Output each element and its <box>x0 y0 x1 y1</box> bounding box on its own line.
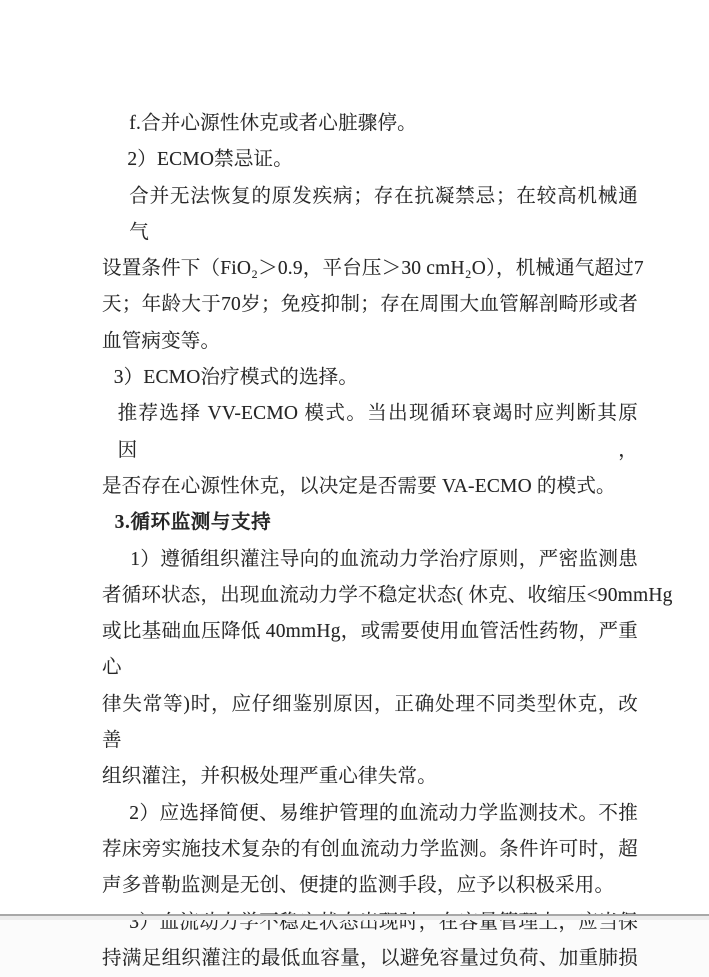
document-content: f.合并心源性休克或者心脏骤停。2）ECMO禁忌证。合并无法恢复的原发疾病；存在… <box>102 106 638 920</box>
document-line: 是否存在心源性休克，以决定是否需要 VA-ECMO 的模式。 <box>102 469 638 505</box>
document-line: 2）应选择简便、易维护管理的血流动力学监测技术。不推 <box>102 796 638 832</box>
document-line: 或比基础血压降低 40mmHg，或需要使用血管活性药物，严重心 <box>102 614 638 687</box>
document-line: 血管病变等。 <box>102 324 638 360</box>
document-line: 声多普勒监测是无创、便捷的监测手段，应予以积极采用。 <box>102 868 638 904</box>
document-line: 设置条件下（FiO₂＞0.9，平台压＞30 cmH₂O），机械通气超过7 <box>102 251 638 287</box>
document-line: 天；年龄大于70岁；免疫抑制；存在周围大血管解剖畸形或者 <box>102 287 638 323</box>
document-page: f.合并心源性休克或者心脏骤停。2）ECMO禁忌证。合并无法恢复的原发疾病；存在… <box>0 0 709 920</box>
document-line: 推荐选择 VV-ECMO 模式。当出现循环衰竭时应判断其原因， <box>102 396 638 469</box>
document-line: 3）ECMO治疗模式的选择。 <box>102 360 638 396</box>
document-line: 组织灌注，并积极处理严重心律失常。 <box>102 759 638 795</box>
page-bottom-edge <box>0 914 709 920</box>
document-line: 合并无法恢复的原发疾病；存在抗凝禁忌；在较高机械通气 <box>102 179 638 252</box>
document-line: 荐床旁实施技术复杂的有创血流动力学监测。条件许可时，超 <box>102 832 638 868</box>
document-line: 1）遵循组织灌注导向的血流动力学治疗原则，严密监测患 <box>102 542 638 578</box>
section-heading: 3.循环监测与支持 <box>102 505 638 541</box>
document-line: 2）ECMO禁忌证。 <box>102 142 638 178</box>
document-line: 者循环状态，出现血流动力学不稳定状态( 休克、收缩压<90mmHg <box>102 578 638 614</box>
document-line: 律失常等)时，应仔细鉴别原因，正确处理不同类型休克，改善 <box>102 687 638 760</box>
document-line: f.合并心源性休克或者心脏骤停。 <box>102 106 638 142</box>
